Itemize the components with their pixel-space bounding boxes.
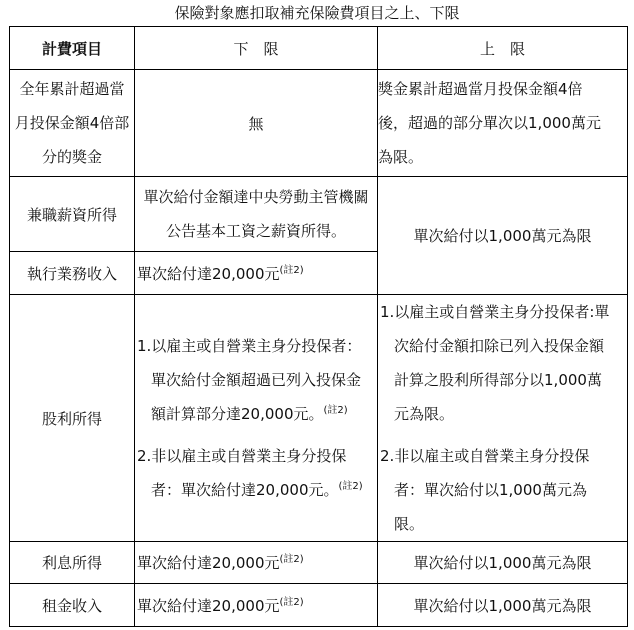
item-cell: 利息所得: [10, 542, 135, 584]
lower-text: 單次給付達20,000元: [137, 597, 280, 615]
item-cell: 股利所得: [10, 295, 135, 542]
footnote-ref: (註2): [280, 265, 304, 276]
item-line: 分的獎金: [10, 140, 134, 174]
list-item-first: 2.非以雇主或自營業主身分投保: [137, 439, 377, 473]
table-row: 兼職薪資所得 單次給付金額達中央勞動主管機關 公告基本工資之薪資所得。 單次給付…: [10, 177, 628, 252]
footnote-ref: (註2): [280, 597, 304, 608]
header-upper: 上 限: [378, 27, 628, 70]
table-row: 股利所得 1.以雇主或自營業主身分投保者： 單次給付金額超過已列入投保金 額計算…: [10, 295, 628, 542]
list-item: 2.非以雇主或自營業主身分投保 者：單次給付以1,000萬元為 限。: [380, 439, 627, 541]
lower-cell: 單次給付達20,000元(註2): [135, 252, 378, 295]
list-item-text: 額計算部分達20,000元。: [151, 405, 324, 423]
header-row: 計費項目 下 限 上 限: [10, 27, 628, 70]
lower-cell: 無: [135, 70, 378, 177]
list-item-first: 1.以雇主或自營業主身分投保者：: [137, 329, 377, 363]
footnote-ref: (註2): [280, 554, 304, 565]
list-item-first: 2.非以雇主或自營業主身分投保: [380, 439, 627, 473]
lower-cell: 單次給付達20,000元(註2): [135, 542, 378, 584]
list-item-text: 者：單次給付達20,000元。: [151, 481, 339, 499]
item-cell: 兼職薪資所得: [10, 177, 135, 252]
upper-line: 後，超過的部分單次以1,000萬元: [378, 106, 627, 140]
lower-cell: 單次給付金額達中央勞動主管機關 公告基本工資之薪資所得。: [135, 177, 378, 252]
list-item-cont: 次給付金額扣除已列入投保金額: [380, 329, 627, 363]
header-lower: 下 限: [135, 27, 378, 70]
item-cell: 執行業務收入: [10, 252, 135, 295]
limits-table: 計費項目 下 限 上 限 全年累計超過當 月投保金額4倍部 分的獎金 無 獎金累…: [9, 26, 628, 627]
table-row: 租金收入 單次給付達20,000元(註2) 單次給付以1,000萬元為限: [10, 584, 628, 627]
list-item-cont: 單次給付金額超過已列入投保金: [137, 363, 377, 397]
upper-cell: 單次給付以1,000萬元為限: [378, 542, 628, 584]
list-item-cont: 者：單次給付達20,000元。(註2): [137, 473, 377, 507]
upper-cell: 1.以雇主或自營業主身分投保者:單 次給付金額扣除已列入投保金額 計算之股利所得…: [378, 295, 628, 542]
lower-text: 單次給付達20,000元: [137, 265, 280, 283]
list-item-cont: 者：單次給付以1,000萬元為: [380, 473, 627, 507]
upper-line: 為限。: [378, 140, 627, 174]
footnote-ref: (註2): [339, 481, 363, 492]
lower-line: 公告基本工資之薪資所得。: [135, 214, 377, 248]
list-item: 1.以雇主或自營業主身分投保者： 單次給付金額超過已列入投保金 額計算部分達20…: [137, 329, 377, 431]
list-item-cont: 元為限。: [380, 397, 627, 431]
upper-cell: 獎金累計超過當月投保金額4倍 後，超過的部分單次以1,000萬元 為限。: [378, 70, 628, 177]
lower-line: 單次給付金額達中央勞動主管機關: [135, 180, 377, 214]
footnote-ref: (註2): [324, 405, 348, 416]
upper-line: 獎金累計超過當月投保金額4倍: [378, 72, 627, 106]
list-item-cont: 額計算部分達20,000元。(註2): [137, 397, 377, 431]
upper-cell-merged: 單次給付以1,000萬元為限: [378, 177, 628, 295]
list-item-first: 1.以雇主或自營業主身分投保者:單: [380, 295, 627, 329]
header-item: 計費項目: [10, 27, 135, 70]
item-line: 全年累計超過當: [10, 72, 134, 106]
lower-text: 單次給付達20,000元: [137, 554, 280, 572]
upper-cell: 單次給付以1,000萬元為限: [378, 584, 628, 627]
table-row: 全年累計超過當 月投保金額4倍部 分的獎金 無 獎金累計超過當月投保金額4倍 後…: [10, 70, 628, 177]
document-title: 保險對象應扣取補充保險費項目之上、下限: [0, 3, 634, 23]
lower-cell: 1.以雇主或自營業主身分投保者： 單次給付金額超過已列入投保金 額計算部分達20…: [135, 295, 378, 542]
list-item: 1.以雇主或自營業主身分投保者:單 次給付金額扣除已列入投保金額 計算之股利所得…: [380, 295, 627, 431]
table-row: 利息所得 單次給付達20,000元(註2) 單次給付以1,000萬元為限: [10, 542, 628, 584]
item-cell: 全年累計超過當 月投保金額4倍部 分的獎金: [10, 70, 135, 177]
item-line: 月投保金額4倍部: [10, 106, 134, 140]
list-item-cont: 計算之股利所得部分以1,000萬: [380, 363, 627, 397]
list-item: 2.非以雇主或自營業主身分投保 者：單次給付達20,000元。(註2): [137, 439, 377, 507]
lower-cell: 單次給付達20,000元(註2): [135, 584, 378, 627]
list-item-cont: 限。: [380, 507, 627, 541]
item-cell: 租金收入: [10, 584, 135, 627]
